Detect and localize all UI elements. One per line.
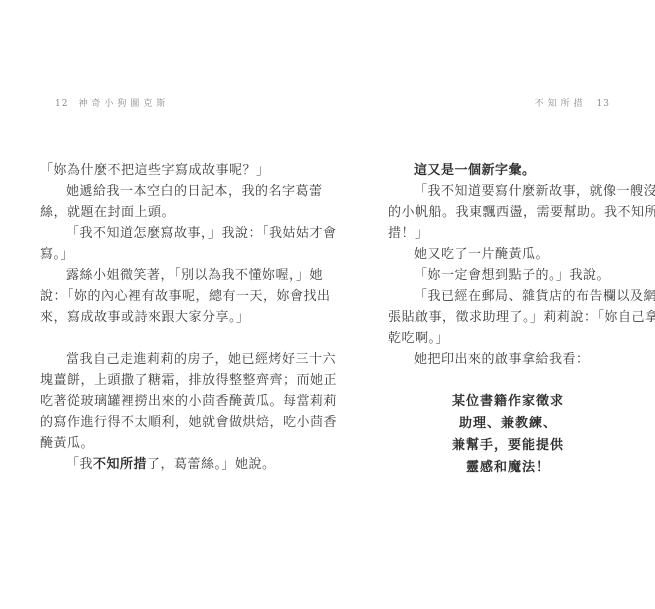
text-segment: 塊薑餅，上頭撒了糖霜，排放得整整齊齊；而她正 (40, 373, 337, 388)
text-line: 寫。」 (40, 244, 332, 265)
left-page-text: 「妳為什麼不把這些字寫成故事呢？」她遞給我一本空白的日記本，我的名字葛蕾絲，就題… (40, 160, 332, 475)
text-segment: 醃黃瓜。 (40, 436, 94, 451)
text-segment: 當我自己走進莉莉的房子，她已經烤好三十六 (66, 352, 336, 367)
bold-text-segment: 不知所措 (93, 457, 147, 472)
text-line: 「我不知所措了，葛蕾絲。」她說。 (40, 454, 332, 475)
text-line: 這又是一個新字彙。 (388, 160, 628, 181)
text-segment: 說：「妳的內心裡有故事呢，總有一天，妳會找出 (40, 289, 331, 304)
text-segment: 「妳一定會想到點子的。」我說。 (414, 268, 610, 283)
text-line: 來，寫成故事或詩來跟大家分享。」 (40, 307, 332, 328)
blank-line (388, 370, 628, 391)
text-line: 措！」 (388, 223, 628, 244)
text-segment: 乾吃啊。」 (388, 331, 449, 346)
text-segment: 「我不知道怎麼寫故事，」我說：「我姑姑才會 (66, 226, 337, 241)
text-segment: 來，寫成故事或詩來跟大家分享。」 (40, 310, 250, 325)
text-line: 絲，就題在封面上頭。 (40, 202, 332, 223)
blank-line (40, 328, 332, 349)
text-segment: 她把印出來的啟事拿給我看： (414, 352, 590, 367)
text-segment: 了，葛蕾絲。」她說。 (147, 457, 276, 472)
text-line: 當我自己走進莉莉的房子，她已經烤好三十六 (40, 349, 332, 370)
text-segment: 張貼啟事，徵求助理了。」莉莉說：「妳自己拿餅 (388, 310, 655, 325)
left-page-number: 12 (55, 99, 68, 109)
text-line: 「我不知道怎麼寫故事，」我說：「我姑姑才會 (40, 223, 332, 244)
text-segment: 「我已經在郵局、雜貨店的布告欄以及網路上 (414, 289, 655, 304)
left-running-title: 神奇小狗圖克斯 (78, 99, 169, 109)
notice-line: 兼幫手，要能提供 (388, 435, 628, 457)
text-line: 說：「妳的內心裡有故事呢，總有一天，妳會找出 (40, 286, 332, 307)
text-segment: 絲，就題在封面上頭。 (40, 205, 175, 220)
book-spread: 12 神奇小狗圖克斯 不知所措 13 「妳為什麼不把這些字寫成故事呢？」她遞給我… (0, 0, 655, 609)
text-line: 吃著從玻璃罐裡撈出來的小茴香醃黃瓜。每當莉莉 (40, 391, 332, 412)
text-line: 醃黃瓜。 (40, 433, 332, 454)
right-page-paragraphs: 這又是一個新字彙。「我不知道要寫什麼新故事，就像一艘沒有帆的小帆船。我東飄西盪，… (388, 160, 628, 391)
text-segment: 「我 (66, 457, 93, 472)
text-segment: 她又吃了一片醃黃瓜。 (414, 247, 549, 262)
text-line: 「我已經在郵局、雜貨店的布告欄以及網路上 (388, 286, 628, 307)
text-segment: 「妳為什麼不把這些字寫成故事呢？」 (40, 163, 270, 178)
right-running-title: 不知所措 (535, 99, 587, 109)
text-line: 的小帆船。我東飄西盪，需要幫助。我不知所 (388, 202, 628, 223)
right-page-header: 不知所措 13 (529, 96, 610, 109)
text-line: 她把印出來的啟事拿給我看： (388, 349, 628, 370)
text-segment: 的寫作進行得不太順利，她就會做烘焙，吃小茴香 (40, 415, 337, 430)
text-segment: 吃著從玻璃罐裡撈出來的小茴香醃黃瓜。每當莉莉 (40, 394, 337, 409)
text-segment: 露絲小姐微笑著，「別以為我不懂妳喔，」她 (66, 268, 323, 283)
text-line: 張貼啟事，徵求助理了。」莉莉說：「妳自己拿餅 (388, 307, 628, 328)
text-segment: 「我不知道要寫什麼新故事，就像一艘沒有帆 (414, 184, 655, 199)
text-line: 「妳為什麼不把這些字寫成故事呢？」 (40, 160, 332, 181)
notice-line: 某位書籍作家徵求 (388, 391, 628, 413)
text-line: 她遞給我一本空白的日記本，我的名字葛蕾 (40, 181, 332, 202)
text-line: 的寫作進行得不太順利，她就會做烘焙，吃小茴香 (40, 412, 332, 433)
text-line: 乾吃啊。」 (388, 328, 628, 349)
text-segment: 的小帆船。我東飄西盪，需要幫助。我不知所 (388, 205, 655, 220)
notice-line: 靈感和魔法！ (388, 457, 628, 479)
text-line: 露絲小姐微笑著，「別以為我不懂妳喔，」她 (40, 265, 332, 286)
text-line: 「我不知道要寫什麼新故事，就像一艘沒有帆 (388, 181, 628, 202)
right-page-number: 13 (597, 99, 610, 109)
right-page-text: 這又是一個新字彙。「我不知道要寫什麼新故事，就像一艘沒有帆的小帆船。我東飄西盪，… (388, 160, 628, 479)
text-segment: 措！」 (388, 226, 429, 241)
job-notice-block: 某位書籍作家徵求助理、兼教練、兼幫手，要能提供靈感和魔法！ (388, 391, 628, 479)
text-line: 塊薑餅，上頭撒了糖霜，排放得整整齊齊；而她正 (40, 370, 332, 391)
text-line: 她又吃了一片醃黃瓜。 (388, 244, 628, 265)
text-segment: 她遞給我一本空白的日記本，我的名字葛蕾 (66, 184, 323, 199)
left-page-header: 12 神奇小狗圖克斯 (55, 96, 175, 109)
bold-text-segment: 這又是一個新字彙。 (414, 163, 536, 178)
text-line: 「妳一定會想到點子的。」我說。 (388, 265, 628, 286)
text-segment: 寫。」 (40, 247, 74, 262)
notice-line: 助理、兼教練、 (388, 413, 628, 435)
